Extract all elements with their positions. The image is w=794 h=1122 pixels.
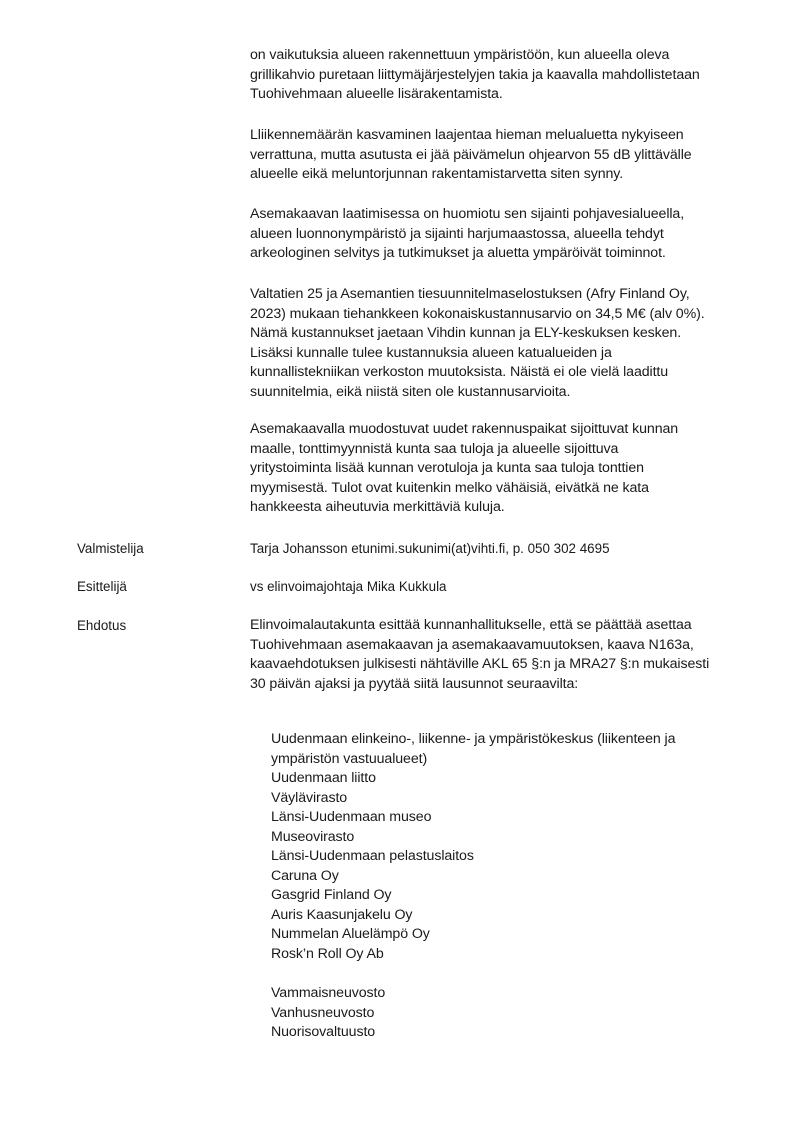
text-line: alueelle eikä meluntorjunnan rakentamist… [250, 165, 740, 185]
text-line: Lisäksi kunnalle tulee kustannuksia alue… [250, 344, 740, 364]
text-line: Nämä kustannukset jaetaan Vihdin kunnan … [250, 324, 740, 344]
text-line: yritystoiminta lisää kunnan verotuloja j… [250, 459, 740, 479]
list-item: Caruna Oy [271, 867, 741, 887]
list-item: Vammaisneuvosto [271, 984, 741, 1004]
paragraph-revenue: Asemakaavalla muodostuvat uudet rakennus… [250, 420, 740, 518]
list-item: Uudenmaan liitto [271, 769, 741, 789]
text-line: hankkeesta aiheutuvia merkittäviä kuluja… [250, 498, 740, 518]
list-item: Nummelan Aluelämpö Oy [271, 925, 741, 945]
text-line: grillikahvio puretaan liittymäjärjestely… [250, 66, 740, 86]
list-item: Länsi-Uudenmaan pelastuslaitos [271, 847, 741, 867]
paragraph-impact-built-environment: on vaikutuksia alueen rakennettuun ympär… [250, 46, 740, 105]
text-line: 30 päivän ajaksi ja pyytää siitä lausunn… [250, 675, 740, 695]
label-ehdotus: Ehdotus [77, 616, 126, 636]
proposal-text: Elinvoimalautakunta esittää kunnanhallit… [250, 616, 740, 694]
list-item: Uudenmaan elinkeino-, liikenne- ja ympär… [271, 730, 741, 750]
list-item: Auris Kaasunjakelu Oy [271, 906, 741, 926]
label-valmistelija: Valmistelija [77, 539, 144, 559]
text-line: on vaikutuksia alueen rakennettuun ympär… [250, 46, 740, 66]
paragraph-cost-estimate: Valtatien 25 ja Asemantien tiesuunnitelm… [250, 285, 740, 402]
text-line: 2023) mukaan tiehankkeen kokonaiskustann… [250, 305, 740, 325]
text-line: suunnitelmia, eikä niistä siten ole kust… [250, 383, 740, 403]
list-item: Gasgrid Finland Oy [271, 886, 741, 906]
text-line: kunnallistekniikan verkoston muutoksista… [250, 363, 740, 383]
council-list: Vammaisneuvosto Vanhusneuvosto Nuorisova… [271, 984, 741, 1043]
list-item: Rosk’n Roll Oy Ab [271, 945, 741, 965]
text-line: Valtatien 25 ja Asemantien tiesuunnitelm… [250, 285, 740, 305]
text-line: Asemakaavalla muodostuvat uudet rakennus… [250, 420, 740, 440]
recipient-list: Uudenmaan elinkeino-, liikenne- ja ympär… [271, 730, 741, 964]
text-line: verrattuna, mutta asutusta ei jää päiväm… [250, 146, 740, 166]
text-line: alueen luonnonympäristö ja sijainti harj… [250, 225, 740, 245]
list-item: ympäristön vastuualueet) [271, 750, 741, 770]
value-valmistelija: Tarja Johansson etunimi.sukunimi(at)viht… [250, 539, 610, 559]
document-page: on vaikutuksia alueen rakennettuun ympär… [0, 0, 794, 1122]
text-line: Lliikennemäärän kasvaminen laajentaa hie… [250, 126, 740, 146]
value-esittelija: vs elinvoimajohtaja Mika Kukkula [250, 577, 447, 597]
text-line: myymisestä. Tulot ovat kuitenkin melko v… [250, 479, 740, 499]
list-item: Vanhusneuvosto [271, 1004, 741, 1024]
text-line: kaavaehdotuksen julkisesti nähtäville AK… [250, 655, 740, 675]
paragraph-environment-considerations: Asemakaavan laatimisessa on huomiotu sen… [250, 205, 740, 264]
text-line: maalle, tonttimyynnistä kunta saa tuloja… [250, 440, 740, 460]
text-line: Asemakaavan laatimisessa on huomiotu sen… [250, 205, 740, 225]
label-esittelija: Esittelijä [77, 577, 127, 597]
text-line: Tuohivehmaan alueelle lisärakentamista. [250, 85, 740, 105]
text-line: Tuohivehmaan asemakaavan ja asemakaavamu… [250, 636, 740, 656]
text-line: arkeologinen selvitys ja tutkimukset ja … [250, 244, 740, 264]
list-item: Nuorisovaltuusto [271, 1023, 741, 1043]
list-item: Museovirasto [271, 828, 741, 848]
list-item: Länsi-Uudenmaan museo [271, 808, 741, 828]
paragraph-noise-impact: Lliikennemäärän kasvaminen laajentaa hie… [250, 126, 740, 185]
list-item: Väylävirasto [271, 789, 741, 809]
text-line: Elinvoimalautakunta esittää kunnanhallit… [250, 616, 740, 636]
